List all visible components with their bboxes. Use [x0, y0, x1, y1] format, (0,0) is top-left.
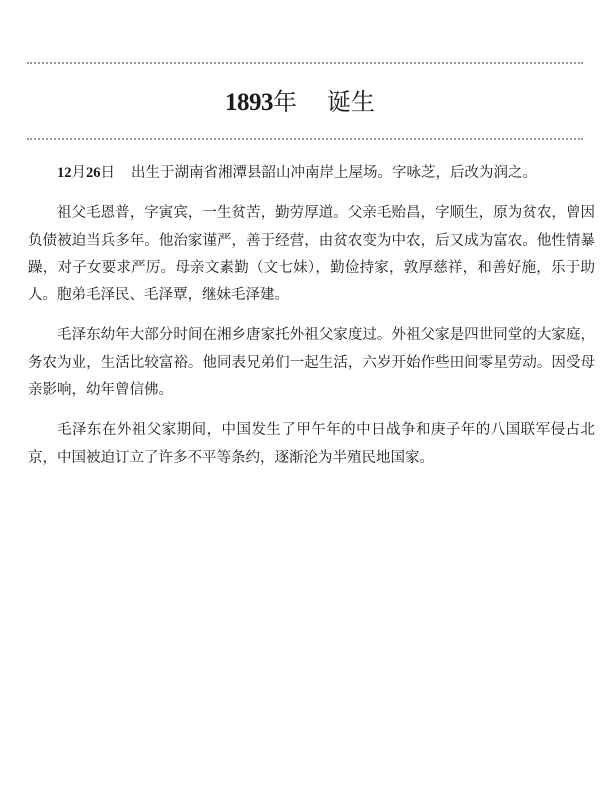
title-year-suffix: 年 — [273, 88, 297, 116]
entry-date-day: 26 — [86, 165, 101, 181]
title-subject: 诞生 — [327, 88, 375, 116]
top-dotted-divider — [27, 62, 583, 64]
entry-text: 出生于湖南省湘潭县韶山冲南岸上屋场。字咏芝，后改为润之。 — [131, 165, 537, 181]
paragraph-family: 祖父毛恩普，字寅宾，一生贫苦，勤劳厚道。父亲毛贻昌，字顺生，原为贫农，曾因负债被… — [28, 200, 595, 309]
paragraph-childhood: 毛泽东幼年大部分时间在湘乡唐家托外祖父家度过。外祖父家是四世同堂的大家庭，务农为… — [28, 322, 595, 404]
page-title: 1893年诞生 — [0, 84, 600, 121]
entry-date: 12月26日 — [57, 165, 115, 181]
entry-date-day-char: 日 — [101, 165, 116, 181]
entry-date-month: 12 — [57, 165, 72, 181]
date-entry: 12月26日出生于湖南省湘潭县韶山冲南岸上屋场。字咏芝，后改为润之。 — [28, 160, 595, 187]
bottom-dotted-divider — [27, 138, 583, 140]
entry-date-month-char: 月 — [72, 165, 87, 181]
title-year: 1893 — [225, 89, 273, 116]
paragraph-historical-context: 毛泽东在外祖父家期间，中国发生了甲午年的中日战争和庚子年的八国联军侵占北京，中国… — [28, 417, 595, 472]
document-body: 12月26日出生于湖南省湘潭县韶山冲南岸上屋场。字咏芝，后改为润之。 祖父毛恩普… — [28, 160, 595, 485]
